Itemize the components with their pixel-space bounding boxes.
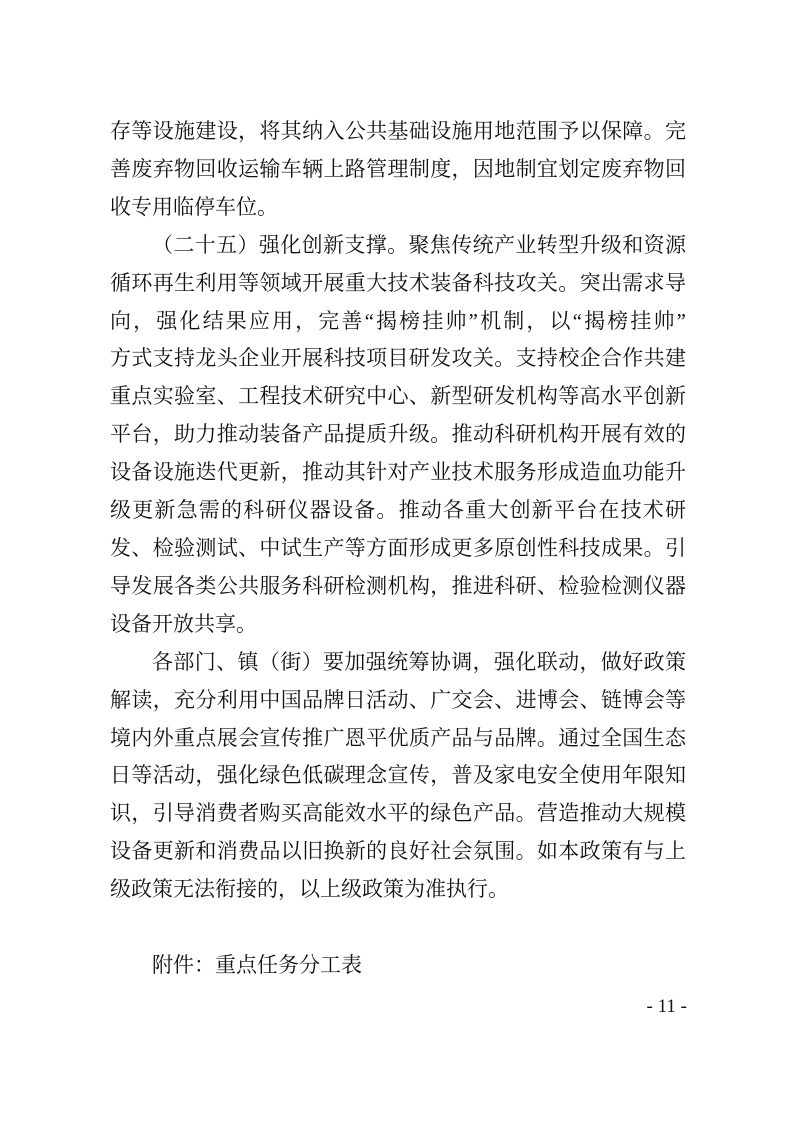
- text-line: 设备开放共享。: [110, 606, 686, 644]
- paragraph: 存等设施建设，将其纳入公共基础设施用地范围予以保障。完善废弃物回收运输车辆上路管…: [110, 113, 686, 227]
- paragraph: 附件：重点任务分工表: [110, 947, 686, 985]
- text-line: 识，引导消费者购买高能效水平的绿色产品。营造推动大规模: [110, 795, 686, 833]
- text-line: 重点实验室、工程技术研究中心、新型研发机构等高水平创新: [110, 378, 686, 416]
- paragraph: 各部门、镇（街）要加强统筹协调，强化联动，做好政策解读，充分利用中国品牌日活动、…: [110, 644, 686, 909]
- text-body: 存等设施建设，将其纳入公共基础设施用地范围予以保障。完善废弃物回收运输车辆上路管…: [110, 113, 686, 985]
- text-line: （二十五）强化创新支撑。聚焦传统产业转型升级和资源: [110, 227, 686, 265]
- text-line: 导发展各类公共服务科研检测机构，推进科研、检验检测仪器: [110, 568, 686, 606]
- text-line: 各部门、镇（街）要加强统筹协调，强化联动，做好政策: [110, 644, 686, 682]
- text-line: 境内外重点展会宣传推广恩平优质产品与品牌。通过全国生态: [110, 720, 686, 758]
- text-line: 附件：重点任务分工表: [110, 947, 686, 985]
- text-line: 存等设施建设，将其纳入公共基础设施用地范围予以保障。完: [110, 113, 686, 151]
- text-line: 方式支持龙头企业开展科技项目研发攻关。支持校企合作共建: [110, 340, 686, 378]
- text-line: 发、检验测试、中试生产等方面形成更多原创性科技成果。引: [110, 530, 686, 568]
- page-number: - 11 -: [647, 996, 687, 1018]
- text-line: 设备更新和消费品以旧换新的良好社会氛围。如本政策有与上: [110, 833, 686, 871]
- text-line: 解读，充分利用中国品牌日活动、广交会、进博会、链博会等: [110, 682, 686, 720]
- text-line: 级更新急需的科研仪器设备。推动各重大创新平台在技术研: [110, 492, 686, 530]
- text-line: 平台，助力推动装备产品提质升级。推动科研机构开展有效的: [110, 416, 686, 454]
- text-line: 级政策无法衔接的，以上级政策为准执行。: [110, 871, 686, 909]
- text-line: 循环再生利用等领域开展重大技术装备科技攻关。突出需求导: [110, 265, 686, 303]
- text-line: 收专用临停车位。: [110, 189, 686, 227]
- text-line: 设备设施迭代更新，推动其针对产业技术服务形成造血功能升: [110, 454, 686, 492]
- document-page: 存等设施建设，将其纳入公共基础设施用地范围予以保障。完善废弃物回收运输车辆上路管…: [0, 0, 793, 1122]
- paragraph: （二十五）强化创新支撑。聚焦传统产业转型升级和资源循环再生利用等领域开展重大技术…: [110, 227, 686, 644]
- text-line: 善废弃物回收运输车辆上路管理制度，因地制宜划定废弃物回: [110, 151, 686, 189]
- text-line: 向，强化结果应用，完善“揭榜挂帅”机制，以“揭榜挂帅”: [110, 303, 686, 341]
- text-line: 日等活动，强化绿色低碳理念宣传，普及家电安全使用年限知: [110, 757, 686, 795]
